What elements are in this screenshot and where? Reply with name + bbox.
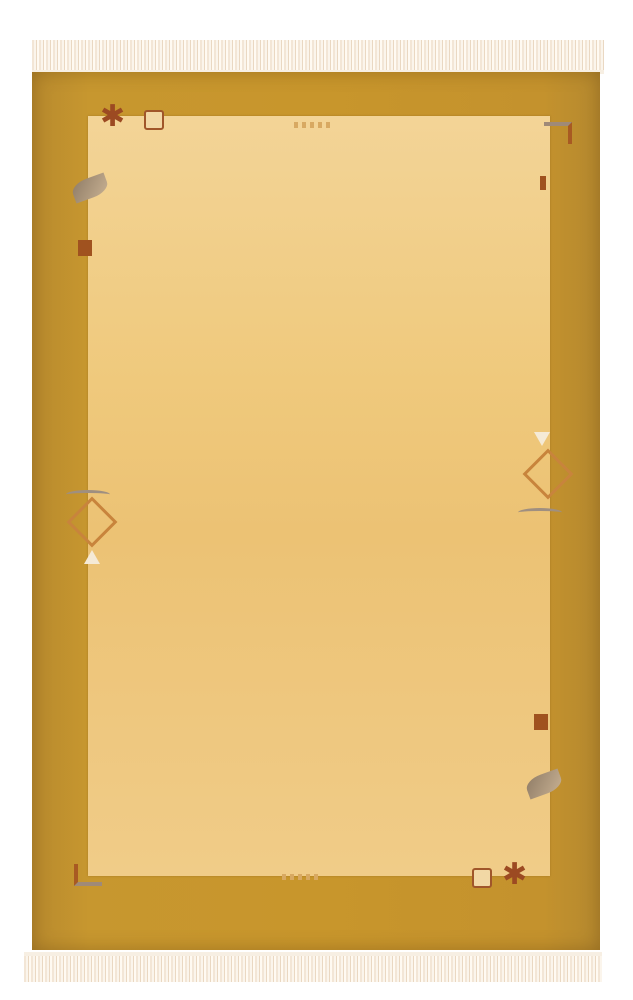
rug: ✱ ✱	[32, 72, 600, 950]
stepped-corner-motif	[74, 864, 102, 886]
rug-field	[88, 116, 550, 876]
star-flower-motif: ✱	[502, 860, 527, 890]
wave-line-motif	[518, 508, 562, 517]
glyph-block-motif	[78, 240, 92, 256]
stepped-corner-motif	[544, 122, 572, 144]
arrow-motif	[84, 550, 100, 564]
rounded-square-motif	[144, 110, 164, 130]
bottom-fringe	[24, 952, 602, 982]
glyph-block-motif	[534, 714, 548, 730]
star-flower-motif: ✱	[100, 102, 125, 132]
arrow-motif	[534, 432, 550, 446]
zigzag-motif	[282, 874, 318, 880]
rounded-square-motif	[472, 868, 492, 888]
glyph-block-motif	[540, 176, 546, 190]
wave-line-motif	[66, 490, 110, 499]
zigzag-motif	[294, 122, 330, 128]
top-fringe	[32, 40, 604, 74]
